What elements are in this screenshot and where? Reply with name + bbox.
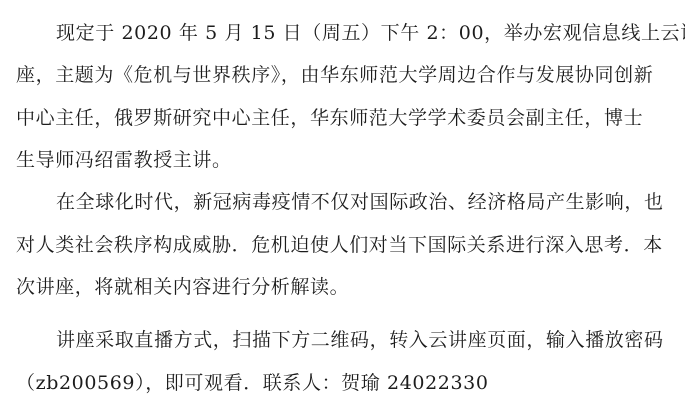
text-line: 座，主题为《危机与世界秩序》，由华东师范大学周边合作与发展协同创新	[16, 64, 653, 86]
text-line: 生导师冯绍雷教授主讲。	[16, 149, 232, 171]
text-line: 对人类社会秩序构成威胁．危机迫使人们对当下国际关系进行深入思考．本	[16, 234, 663, 256]
lecture-notice-document: 现定于 2020 年 5 月 15 日（周五）下午 2：00，举办宏观信息线上云…	[0, 0, 685, 405]
text-line: （zb200569），即可观看．联系人：贺瑜 24022330	[16, 372, 489, 394]
text-line: 次讲座，将就相关内容进行分析解读。	[16, 276, 349, 298]
text-line: 讲座采取直播方式，扫描下方二维码，转入云讲座页面，输入播放密码	[56, 329, 664, 351]
text-line: 在全球化时代，新冠病毒疫情不仅对国际政治、经济格局产生影响，也	[56, 191, 664, 213]
text-line: 现定于 2020 年 5 月 15 日（周五）下午 2：00，举办宏观信息线上云…	[56, 22, 685, 44]
text-line: 中心主任，俄罗斯研究中心主任，华东师范大学学术委员会副主任，博士	[16, 107, 643, 129]
